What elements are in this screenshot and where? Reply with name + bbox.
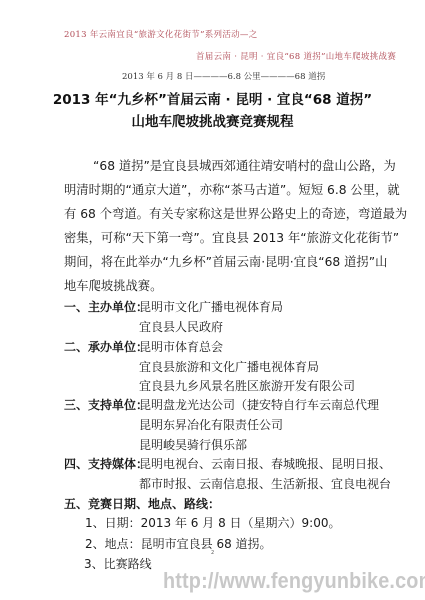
section-item: 宜良县人民政府 <box>139 318 223 335</box>
title-line-2: 山地车爬坡挑战赛竞赛规程 <box>0 110 425 130</box>
schedule-item: 2、地点：昆明市宜良县 68 道拐。 <box>85 535 272 552</box>
section-item: 昆明盘龙光达公司（捷安特自行车云南总代理 <box>139 396 379 413</box>
section-item: 宜良县九乡风景名胜区旅游开发有限公司 <box>139 377 355 394</box>
section-label: 三、支持单位： <box>64 396 148 413</box>
watermark-url: http://www.fengyunbike.com <box>163 568 425 594</box>
section-item: 昆明东昇冶化有限责任公司 <box>139 416 283 433</box>
intro-line: 地车爬坡挑战赛。 <box>64 276 162 294</box>
intro-line: 期间，将在此举办“九乡杯”首届云南·昆明·宜良“68 道拐”山 <box>64 252 387 270</box>
section-label: 二、承办单位： <box>64 338 148 355</box>
header-date-line: 2013 年 6 月 8 日————6.8 公里————68 道拐 <box>122 70 325 82</box>
section-item: 昆明峻昊骑行俱乐部 <box>139 436 247 453</box>
page-number: 2 <box>211 550 214 556</box>
intro-line: 有 68 个弯道。有关专家称这是世界公路史上的奇迹，弯道最为 <box>64 204 407 222</box>
title-line-1: 2013 年“九乡杯”首届云南 · 昆明 · 宜良“68 道拐” <box>0 88 425 108</box>
schedule-item: 3、比赛路线 <box>84 555 152 572</box>
section-item: 昆明市文化广播电视体育局 <box>139 298 283 315</box>
header-series-line: 2013 年云南宜良“旅游文化花街节”系列活动—之 <box>64 28 258 40</box>
section-label: 一、主办单位： <box>64 298 148 315</box>
section-label: 五、竞赛日期、地点、路线： <box>64 495 220 512</box>
section-item: 昆明市体育总会 <box>139 338 223 355</box>
intro-line: “68 道拐”是宜良县城西郊通往靖安哨村的盘山公路，为 <box>93 156 396 174</box>
section-item: 宜良县旅游和文化广播电视体育局 <box>139 358 319 375</box>
schedule-item: 1、日期：2013 年 6 月 8 日（星期六）9:00。 <box>85 514 340 531</box>
intro-line: 密集，可称“天下第一弯”。宜良县 2013 年“旅游文化花街节” <box>64 228 399 246</box>
section-label: 四、支持媒体： <box>64 455 148 472</box>
header-event-line: 首届云南 · 昆明 · 宜良“68 道拐”山地车爬坡挑战赛 <box>196 50 396 62</box>
intro-line: 明清时期的“通京大道”，亦称“茶马古道”。短短 6.8 公里，就 <box>64 180 400 198</box>
section-item: 都市时报、云南信息报、生活新报、宜良电视台 <box>139 475 391 492</box>
section-item: 昆明电视台、云南日报、春城晚报、昆明日报、 <box>139 455 391 472</box>
